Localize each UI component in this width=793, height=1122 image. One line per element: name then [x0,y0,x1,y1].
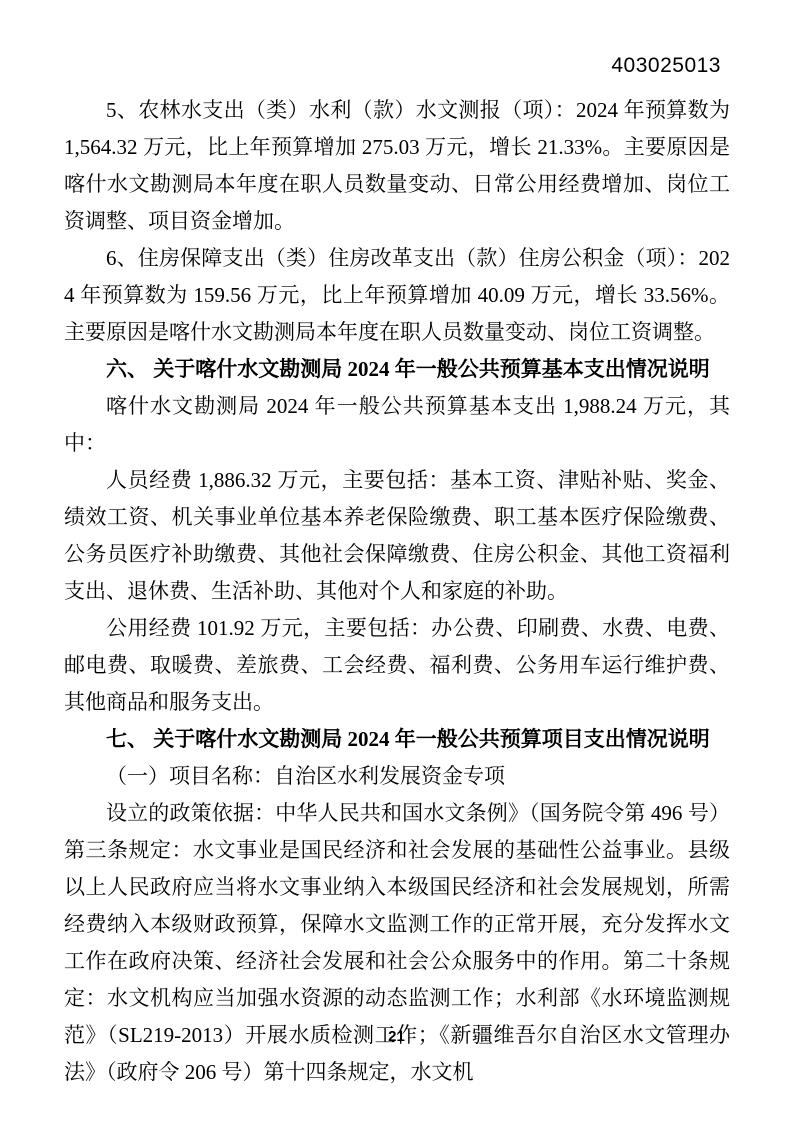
paragraph-policy-basis: 设立的政策依据：中华人民共和国水文条例》（国务院令第 496 号）第三条规定：水… [64,795,730,1091]
paragraph-personnel-expense: 人员经费 1,886.32 万元，主要包括：基本工资、津贴补贴、奖金、绩效工资、… [64,462,730,610]
paragraph-item6-housing-security-expenditure: 6、住房保障支出（类）住房改革支出（款）住房公积金（项）：2024 年预算数为 … [64,240,730,351]
paragraph-project-name: （一）项目名称：自治区水利发展资金专项 [64,758,730,795]
page-number: 21 [0,1028,793,1045]
paragraph-item5-agriculture-water-expenditure: 5、农林水支出（类）水利（款）水文测报（项）：2024 年预算数为 1,564.… [64,92,730,240]
document-body: 5、农林水支出（类）水利（款）水文测报（项）：2024 年预算数为 1,564.… [64,92,730,1091]
paragraph-basic-expenditure-total: 喀什水文勘测局 2024 年一般公共预算基本支出 1,988.24 万元，其中： [64,388,730,462]
section-heading-6-basic-expenditure: 六、 关于喀什水文勘测局 2024 年一般公共预算基本支出情况说明 [64,351,730,388]
document-page: 403025013 5、农林水支出（类）水利（款）水文测报（项）：2024 年预… [0,0,793,1122]
paragraph-public-expense: 公用经费 101.92 万元，主要包括：办公费、印刷费、水费、电费、邮电费、取暖… [64,610,730,721]
document-number: 403025013 [611,54,721,78]
section-heading-7-project-expenditure: 七、 关于喀什水文勘测局 2024 年一般公共预算项目支出情况说明 [64,721,730,758]
